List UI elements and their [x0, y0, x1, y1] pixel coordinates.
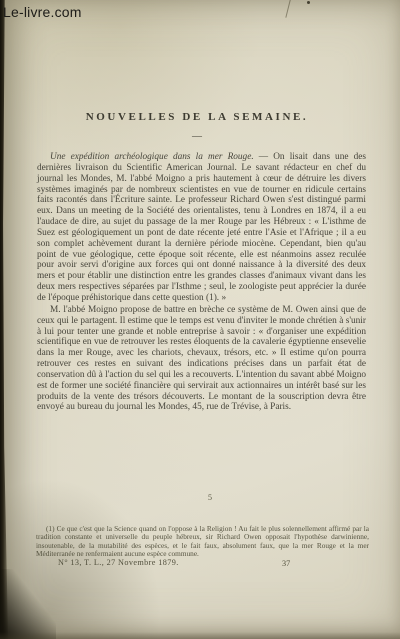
- bottom-left-corner-shadow: [0, 569, 56, 639]
- article-paragraph: M. l'abbé Moigno propose de battre en br…: [37, 305, 366, 413]
- paragraph-lead-italic: Une expédition archéologique dans la mer…: [50, 152, 254, 162]
- watermark-text: Le-livre.com: [3, 4, 82, 20]
- footer-issue-line: N° 13, T. L., 27 Novembre 1879.: [58, 558, 179, 567]
- signature-mark: 5: [208, 493, 212, 502]
- paragraph-text: — On lisait dans une des dernières livra…: [37, 152, 366, 303]
- left-edge-shadow: [0, 0, 14, 639]
- article-paragraph: Une expédition archéologique dans la mer…: [37, 152, 366, 304]
- page-number: 37: [282, 559, 290, 568]
- article-title: NOUVELLES DE LA SEMAINE.: [0, 111, 394, 123]
- footnote: (1) Ce que c'est que la Science quand on…: [36, 525, 369, 558]
- bottom-edge-shadow: [0, 632, 400, 639]
- paragraph-text: M. l'abbé Moigno propose de battre en br…: [37, 305, 366, 413]
- footnote-text: (1) Ce que c'est que la Science quand on…: [36, 525, 369, 558]
- paper-speck: [307, 1, 310, 4]
- top-crease-mark: [285, 0, 291, 18]
- article-body: Une expédition archéologique dans la mer…: [37, 152, 366, 413]
- scanned-journal-page: Le-livre.com NOUVELLES DE LA SEMAINE. — …: [0, 0, 400, 639]
- title-rule: —: [0, 131, 394, 142]
